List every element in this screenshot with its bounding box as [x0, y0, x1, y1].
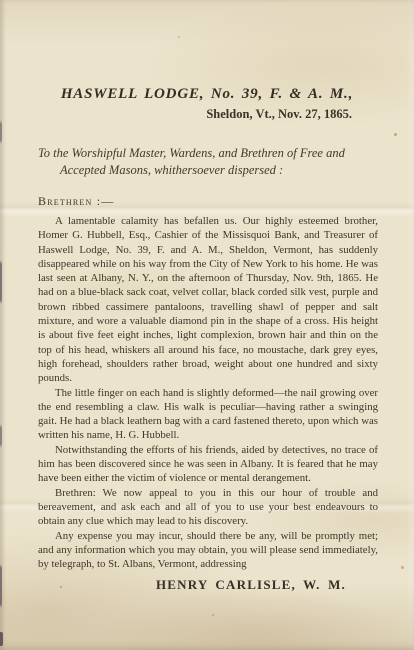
greeting: Brethren :— [38, 194, 414, 209]
paper-speck [212, 614, 214, 616]
letter-body: A lamentable calamity has befallen us. O… [38, 214, 378, 571]
letter-paragraph-5: Any expense you may incur, should there … [38, 529, 378, 572]
letter-paragraph-3: Notwithstanding the efforts of his frien… [38, 443, 378, 486]
signature: HENRY CARLISLE, W. M. [0, 577, 346, 593]
salutation-line-1: To the Worshipful Master, Wardens, and B… [38, 145, 380, 162]
paper-speck [60, 586, 62, 588]
paper-speck [178, 36, 180, 38]
paper-speck [401, 566, 404, 569]
dateline: Sheldon, Vt., Nov. 27, 1865. [0, 107, 414, 122]
lodge-title: HASWELL LODGE, No. 39, F. & A. M., [6, 86, 408, 103]
scan-edge-artifact [0, 0, 2, 650]
letter-paragraph-1: A lamentable calamity has befallen us. O… [38, 214, 378, 386]
scan-edge-artifact [0, 632, 3, 646]
salutation-line-2: Accepted Masons, whithersoever dispersed… [38, 162, 380, 179]
salutation: To the Worshipful Master, Wardens, and B… [38, 145, 380, 179]
scanned-letter-page: HASWELL LODGE, No. 39, F. & A. M., Sheld… [0, 0, 414, 650]
letter-paragraph-2: The little finger on each hand is slight… [38, 386, 378, 443]
letter-paragraph-4: Brethren: We now appeal to you in this o… [38, 486, 378, 529]
paper-speck [394, 133, 397, 136]
